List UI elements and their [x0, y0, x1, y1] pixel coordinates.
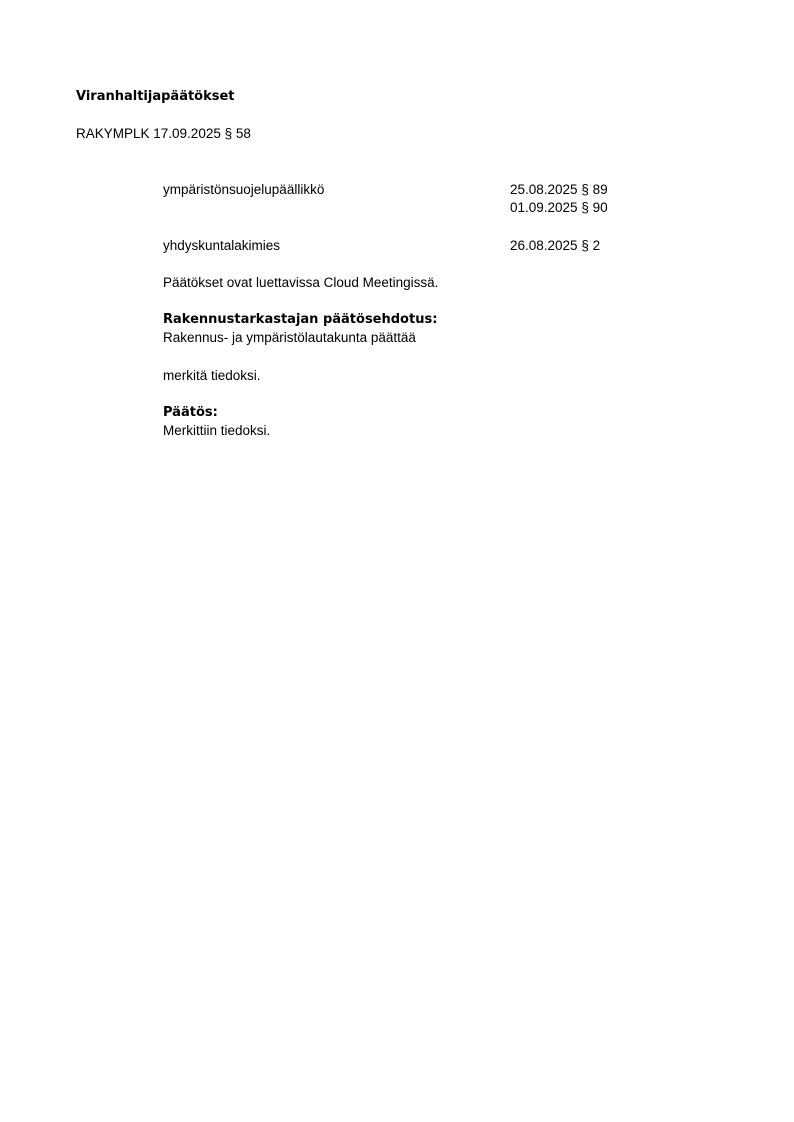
decision-entry: 26.08.2025 § 2: [510, 238, 600, 254]
official-name: yhdyskuntalakimies: [163, 238, 280, 254]
decision-entry: 01.09.2025 § 90: [510, 200, 608, 216]
proposal-action: merkitä tiedoksi.: [163, 368, 261, 384]
decision-heading: Päätös:: [163, 405, 218, 421]
proposal-text: Rakennus- ja ympäristölautakunta päättää: [163, 330, 416, 346]
document-title: Viranhaltijapäätökset: [76, 89, 235, 105]
decision-text: Merkittiin tiedoksi.: [163, 423, 270, 439]
availability-note: Päätökset ovat luettavissa Cloud Meeting…: [163, 275, 438, 291]
proposal-heading: Rakennustarkastajan päätösehdotus:: [163, 312, 437, 328]
meeting-reference: RAKYMPLK 17.09.2025 § 58: [76, 126, 251, 142]
official-name: ympäristönsuojelupäällikkö: [163, 182, 324, 198]
decision-entry: 25.08.2025 § 89: [510, 182, 608, 198]
